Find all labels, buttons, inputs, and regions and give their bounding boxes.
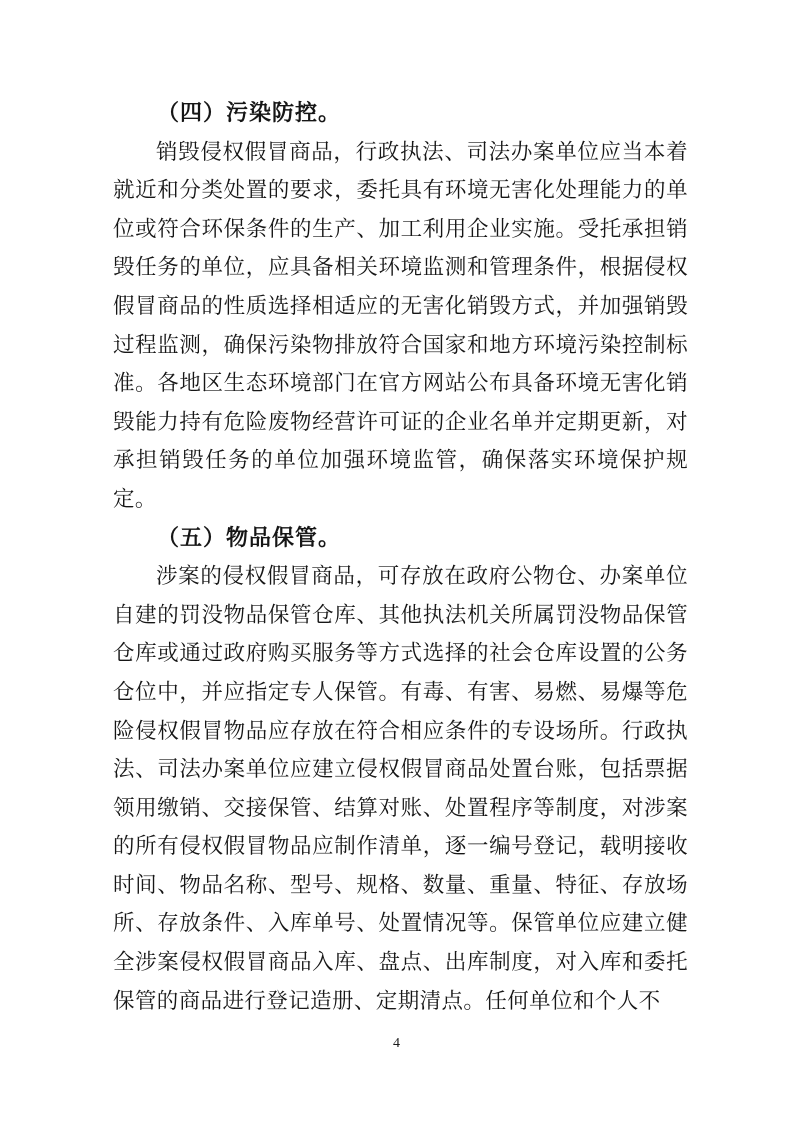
section-paragraph-goods-storage: 涉案的侵权假冒商品，可存放在政府公物仓、办案单位自建的罚没物品保管仓库、其他执法… (113, 557, 688, 1020)
document-page: （四）污染防控。 销毁侵权假冒商品，行政执法、司法办案单位应当本着就近和分类处置… (0, 0, 793, 1122)
section-paragraph-pollution-control: 销毁侵权假冒商品，行政执法、司法办案单位应当本着就近和分类处置的要求，委托具有环… (113, 133, 688, 519)
document-body: （四）污染防控。 销毁侵权假冒商品，行政执法、司法办案单位应当本着就近和分类处置… (113, 94, 688, 1020)
page-footer: 4 (0, 1036, 793, 1052)
page-number: 4 (393, 1036, 400, 1051)
section-heading-goods-storage: （五）物品保管。 (113, 519, 688, 558)
section-heading-pollution-control: （四）污染防控。 (113, 94, 688, 133)
